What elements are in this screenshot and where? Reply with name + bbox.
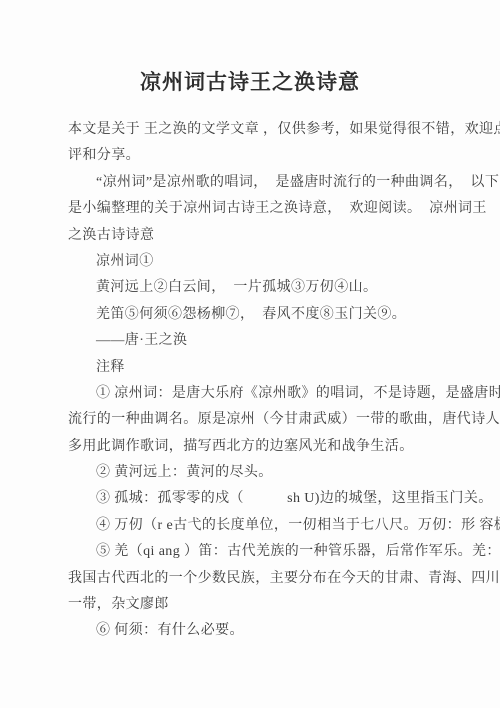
text-line: 流行的一种曲调名。原是凉州（今甘肃武威）一带的歌曲，唐代诗人 (68, 407, 488, 433)
text-line: ② 黄河远上：黄河的尽头。 (68, 460, 488, 486)
text-line: ① 凉州词：是唐大乐府《凉州歌》的唱词，不是诗题，是盛唐时 (68, 381, 488, 407)
text-line: ⑤ 羌（qi ang ）笛：古代羌族的一种管乐器，后常作军乐。羌： (68, 539, 488, 565)
text-line: 评和分享。 (68, 143, 488, 169)
text-line: 是小编整理的关于凉州词古诗王之涣诗意， 欢迎阅读。 凉州词王 (68, 196, 488, 222)
text-line: ④ 万仞（r e古弋的长度单位，一仞相当于七八尺。万仞：形 容极高。 (68, 513, 488, 539)
text-line: ——唐·王之涣 (68, 328, 488, 354)
text-line: “凉州词”是凉州歌的唱词， 是盛唐时流行的一种曲调名， 以下 (68, 170, 488, 196)
text-line: 我国古代西北的一个少数民族，主要分布在今天的甘肃、青海、四川 (68, 566, 488, 592)
text-line: 本文是关于 王之涣的文学文章 ，仅供参考，如果觉得很不错，欢迎点 (68, 117, 488, 143)
document-page: { "document": { "title": "凉州词古诗王之涣诗意", "… (0, 0, 500, 708)
text-line: 凉州词① (68, 249, 488, 275)
text-line: 多用此调作歌词，描写西北方的边塞风光和战争生活。 (68, 434, 488, 460)
text-line: ③ 孤城：孤零零的戍（ sh U)边的城堡，这里指玉门关。 (68, 486, 488, 512)
document-lines: 本文是关于 王之涣的文学文章 ，仅供参考，如果觉得很不错，欢迎点评和分享。“凉州… (68, 117, 488, 645)
page-title: 凉州词古诗王之涣诗意 (0, 66, 500, 96)
text-line: 一带，杂文廖郎 (68, 592, 488, 618)
text-line: 之涣古诗诗意 (68, 223, 488, 249)
text-line: 注释 (68, 355, 488, 381)
text-line: ⑥ 何须：有什么必要。 (68, 618, 488, 644)
text-line: 羌笛⑤何须⑥怨杨柳⑦， 春风不度⑧玉门关⑨。 (68, 302, 488, 328)
text-line: 黄河远上②白云间， 一片孤城③万仞④山。 (68, 275, 488, 301)
document-canvas: 凉州词古诗王之涣诗意 本文是关于 王之涣的文学文章 ，仅供参考，如果觉得很不错，… (0, 0, 500, 708)
